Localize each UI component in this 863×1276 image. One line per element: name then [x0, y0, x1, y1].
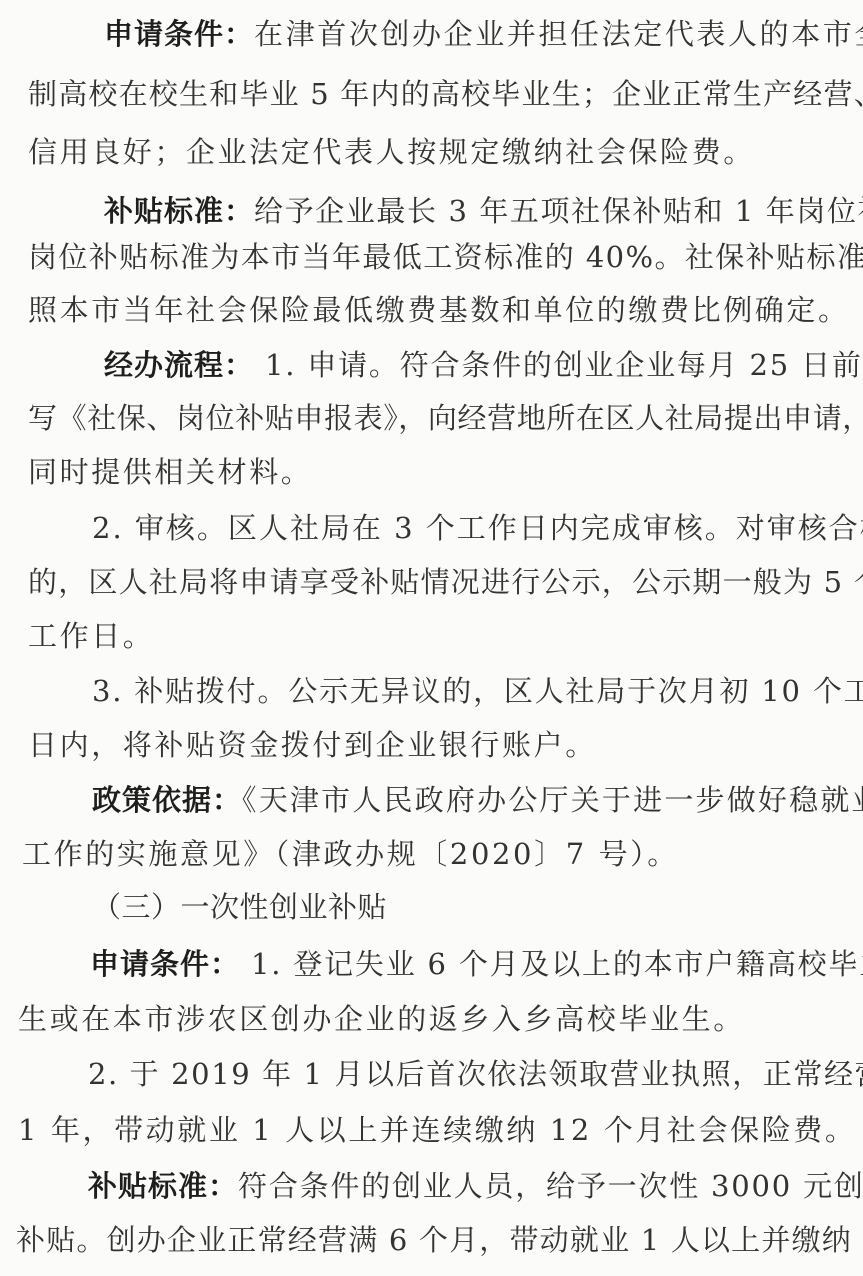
paragraph-line: 照本市当年社会保险最低缴费基数和单位的缴费比例确定。: [28, 290, 850, 330]
paragraph-line: 3. 补贴拨付。公示无异议的，区人社局于次月初 10 个工作: [92, 671, 863, 711]
label-subsidy-standard: 补贴标准: [104, 194, 224, 228]
label-process: 经办流程: [104, 348, 224, 382]
paragraph-apply-conditions-line-1: 申请条件：在津首次创办企业并担任法定代表人的本市全日: [104, 14, 863, 54]
paragraph-line: 日内，将补贴资金拨付到企业银行账户。: [28, 725, 597, 765]
label-apply-conditions: 申请条件: [104, 17, 224, 51]
paragraph-line: 补贴。创办企业正常经营满 6 个月，带动就业 1 人以上并缴纳 6: [16, 1220, 863, 1260]
paragraph-line: 制高校在校生和毕业 5 年内的高校毕业生；企业正常生产经营、: [28, 74, 863, 114]
paragraph-process-line-1: 经办流程： 1. 申请。符合条件的创业企业每月 25 日前，填: [104, 345, 863, 385]
label-policy-basis: 政策依据: [92, 783, 212, 817]
paragraph-line: 1 年，带动就业 1 人以上并连续缴纳 12 个月社会保险费。: [18, 1110, 857, 1150]
paragraph-line: 2. 于 2019 年 1 月以后首次依法领取营业执照，正常经营满: [88, 1054, 863, 1094]
paragraph-line: 写《社保、岗位补贴申报表》，向经营地所在区人社局提出申请，: [28, 398, 863, 438]
label-apply-conditions: 申请条件: [90, 947, 210, 981]
scanned-document-page: 申请条件：在津首次创办企业并担任法定代表人的本市全日 制高校在校生和毕业 5 年…: [0, 0, 863, 1276]
section-heading-one-time-startup-subsidy: （三）一次性创业补贴: [92, 887, 387, 927]
paragraph-line: 岗位补贴标准为本市当年最低工资标准的 40%。社保补贴标准按: [28, 237, 863, 277]
paragraph-line: 工作日。: [28, 616, 154, 656]
paragraph-subsidy-standard-line-1: 补贴标准：给予企业最长 3 年五项社保补贴和 1 年岗位补贴。: [104, 191, 863, 231]
label-subsidy-standard: 补贴标准: [88, 1169, 208, 1203]
paragraph-line: 同时提供相关材料。: [28, 452, 312, 492]
paragraph-policy-basis-line-1: 政策依据：《天津市人民政府办公厅关于进一步做好稳就业: [92, 780, 863, 820]
paragraph-apply-conditions-2-line-1: 申请条件： 1. 登记失业 6 个月及以上的本市户籍高校毕业: [90, 944, 863, 984]
paragraph-line: 生或在本市涉农区创办企业的返乡入乡高校毕业生。: [18, 999, 745, 1039]
paragraph-line: 2. 审核。区人社局在 3 个工作日内完成审核。对审核合格: [92, 508, 863, 548]
paragraph-subsidy-standard-2-line-1: 补贴标准：符合条件的创业人员，给予一次性 3000 元创业: [88, 1166, 863, 1206]
paragraph-line: 信用良好；企业法定代表人按规定缴纳社会保险费。: [28, 132, 755, 172]
paragraph-line: 工作的实施意见》（津政办规〔2020〕7 号）。: [22, 834, 679, 874]
paragraph-line: 的，区人社局将申请享受补贴情况进行公示，公示期一般为 5 个: [28, 562, 863, 602]
